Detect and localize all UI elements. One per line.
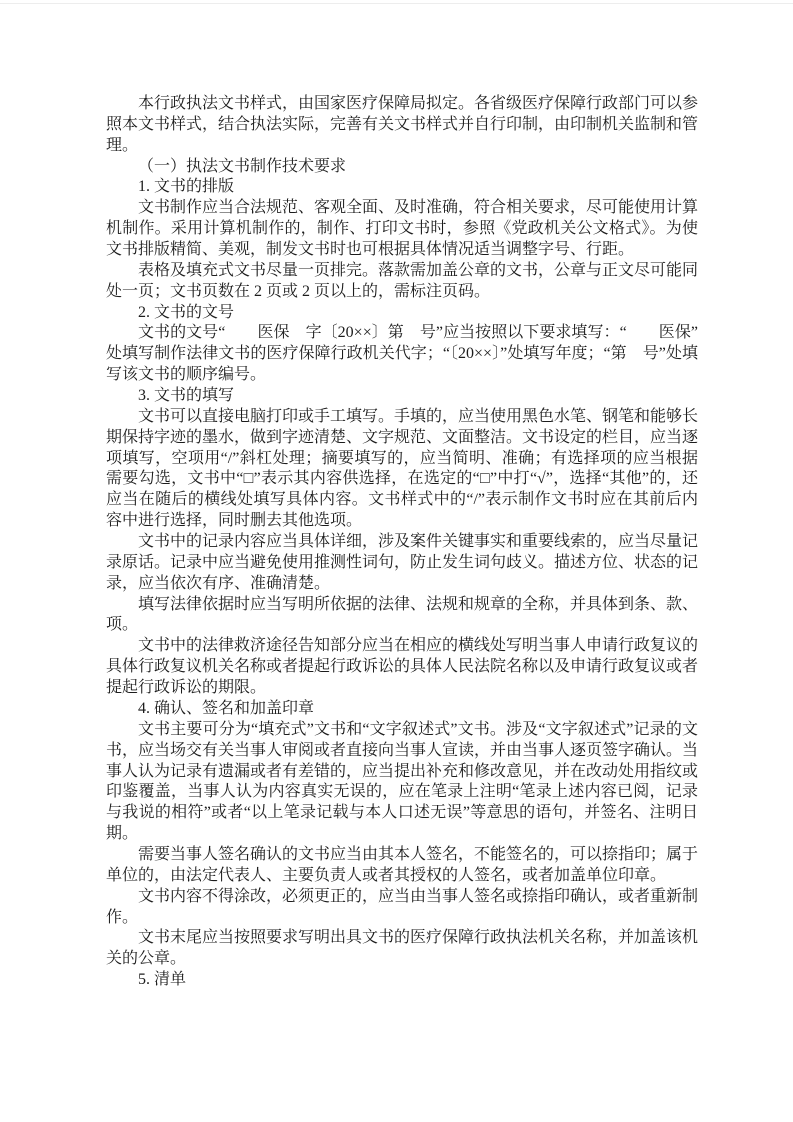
document-body: 本行政执法文书样式，由国家医疗保障局拟定。各省级医疗保障行政部门可以参照本文书样… <box>106 94 698 991</box>
page-top-edge-line <box>0 3 793 4</box>
paragraph-layout-rules: 文书制作应当合法规范、客观全面、及时准确，符合相关要求，尽可能使用计算机制作。采… <box>106 198 698 261</box>
paragraph-confirmation: 文书主要可分为“填充式”文书和“文字叙述式”文书。涉及“文字叙述式”记录的文书，… <box>106 720 698 845</box>
paragraph-intro: 本行政执法文书样式，由国家医疗保障局拟定。各省级医疗保障行政部门可以参照本文书样… <box>106 94 698 157</box>
paragraph-agency-seal: 文书末尾应当按照要求写明出具文书的医疗保障行政执法机关名称，并加盖该机关的公章。 <box>106 928 698 970</box>
heading-item-4-signature: 4. 确认、签名和加盖印章 <box>106 699 698 720</box>
paragraph-table-pagination: 表格及填充式文书尽量一页排完。落款需加盖公章的文书，公章与正文尽可能同处一页；文… <box>106 261 698 303</box>
paragraph-signing-rules: 需要当事人签名确认的文书应当由其本人签名，不能签名的，可以捺指印；属于单位的，由… <box>106 845 698 887</box>
heading-item-5-list: 5. 清单 <box>106 970 698 991</box>
document-page: 本行政执法文书样式，由国家医疗保障局拟定。各省级医疗保障行政部门可以参照本文书样… <box>0 0 793 1122</box>
paragraph-doc-number-rules: 文书的文号“ 医保 字〔20××〕第 号”应当按照以下要求填写：“ 医保”处填写… <box>106 323 698 386</box>
paragraph-record-content: 文书中的记录内容应当具体详细，涉及案件关键事实和重要线索的，应当尽量记录原话。记… <box>106 532 698 595</box>
heading-item-3-filling: 3. 文书的填写 <box>106 386 698 407</box>
paragraph-legal-basis: 填写法律依据时应当写明所依据的法律、法规和规章的全称，并具体到条、款、项。 <box>106 595 698 637</box>
paragraph-legal-remedy: 文书中的法律救济途径告知部分应当在相应的横线处写明当事人申请行政复议的具体行政复… <box>106 636 698 699</box>
heading-section-1: （一）执法文书制作技术要求 <box>106 157 698 178</box>
paragraph-no-alteration: 文书内容不得涂改，必须更正的，应当由当事人签名或捺指印确认，或者重新制作。 <box>106 887 698 929</box>
heading-item-2-doc-number: 2. 文书的文号 <box>106 303 698 324</box>
heading-item-1-layout: 1. 文书的排版 <box>106 177 698 198</box>
paragraph-filling-rules: 文书可以直接电脑打印或手工填写。手填的，应当使用黑色水笔、钢笔和能够长期保持字迹… <box>106 407 698 532</box>
